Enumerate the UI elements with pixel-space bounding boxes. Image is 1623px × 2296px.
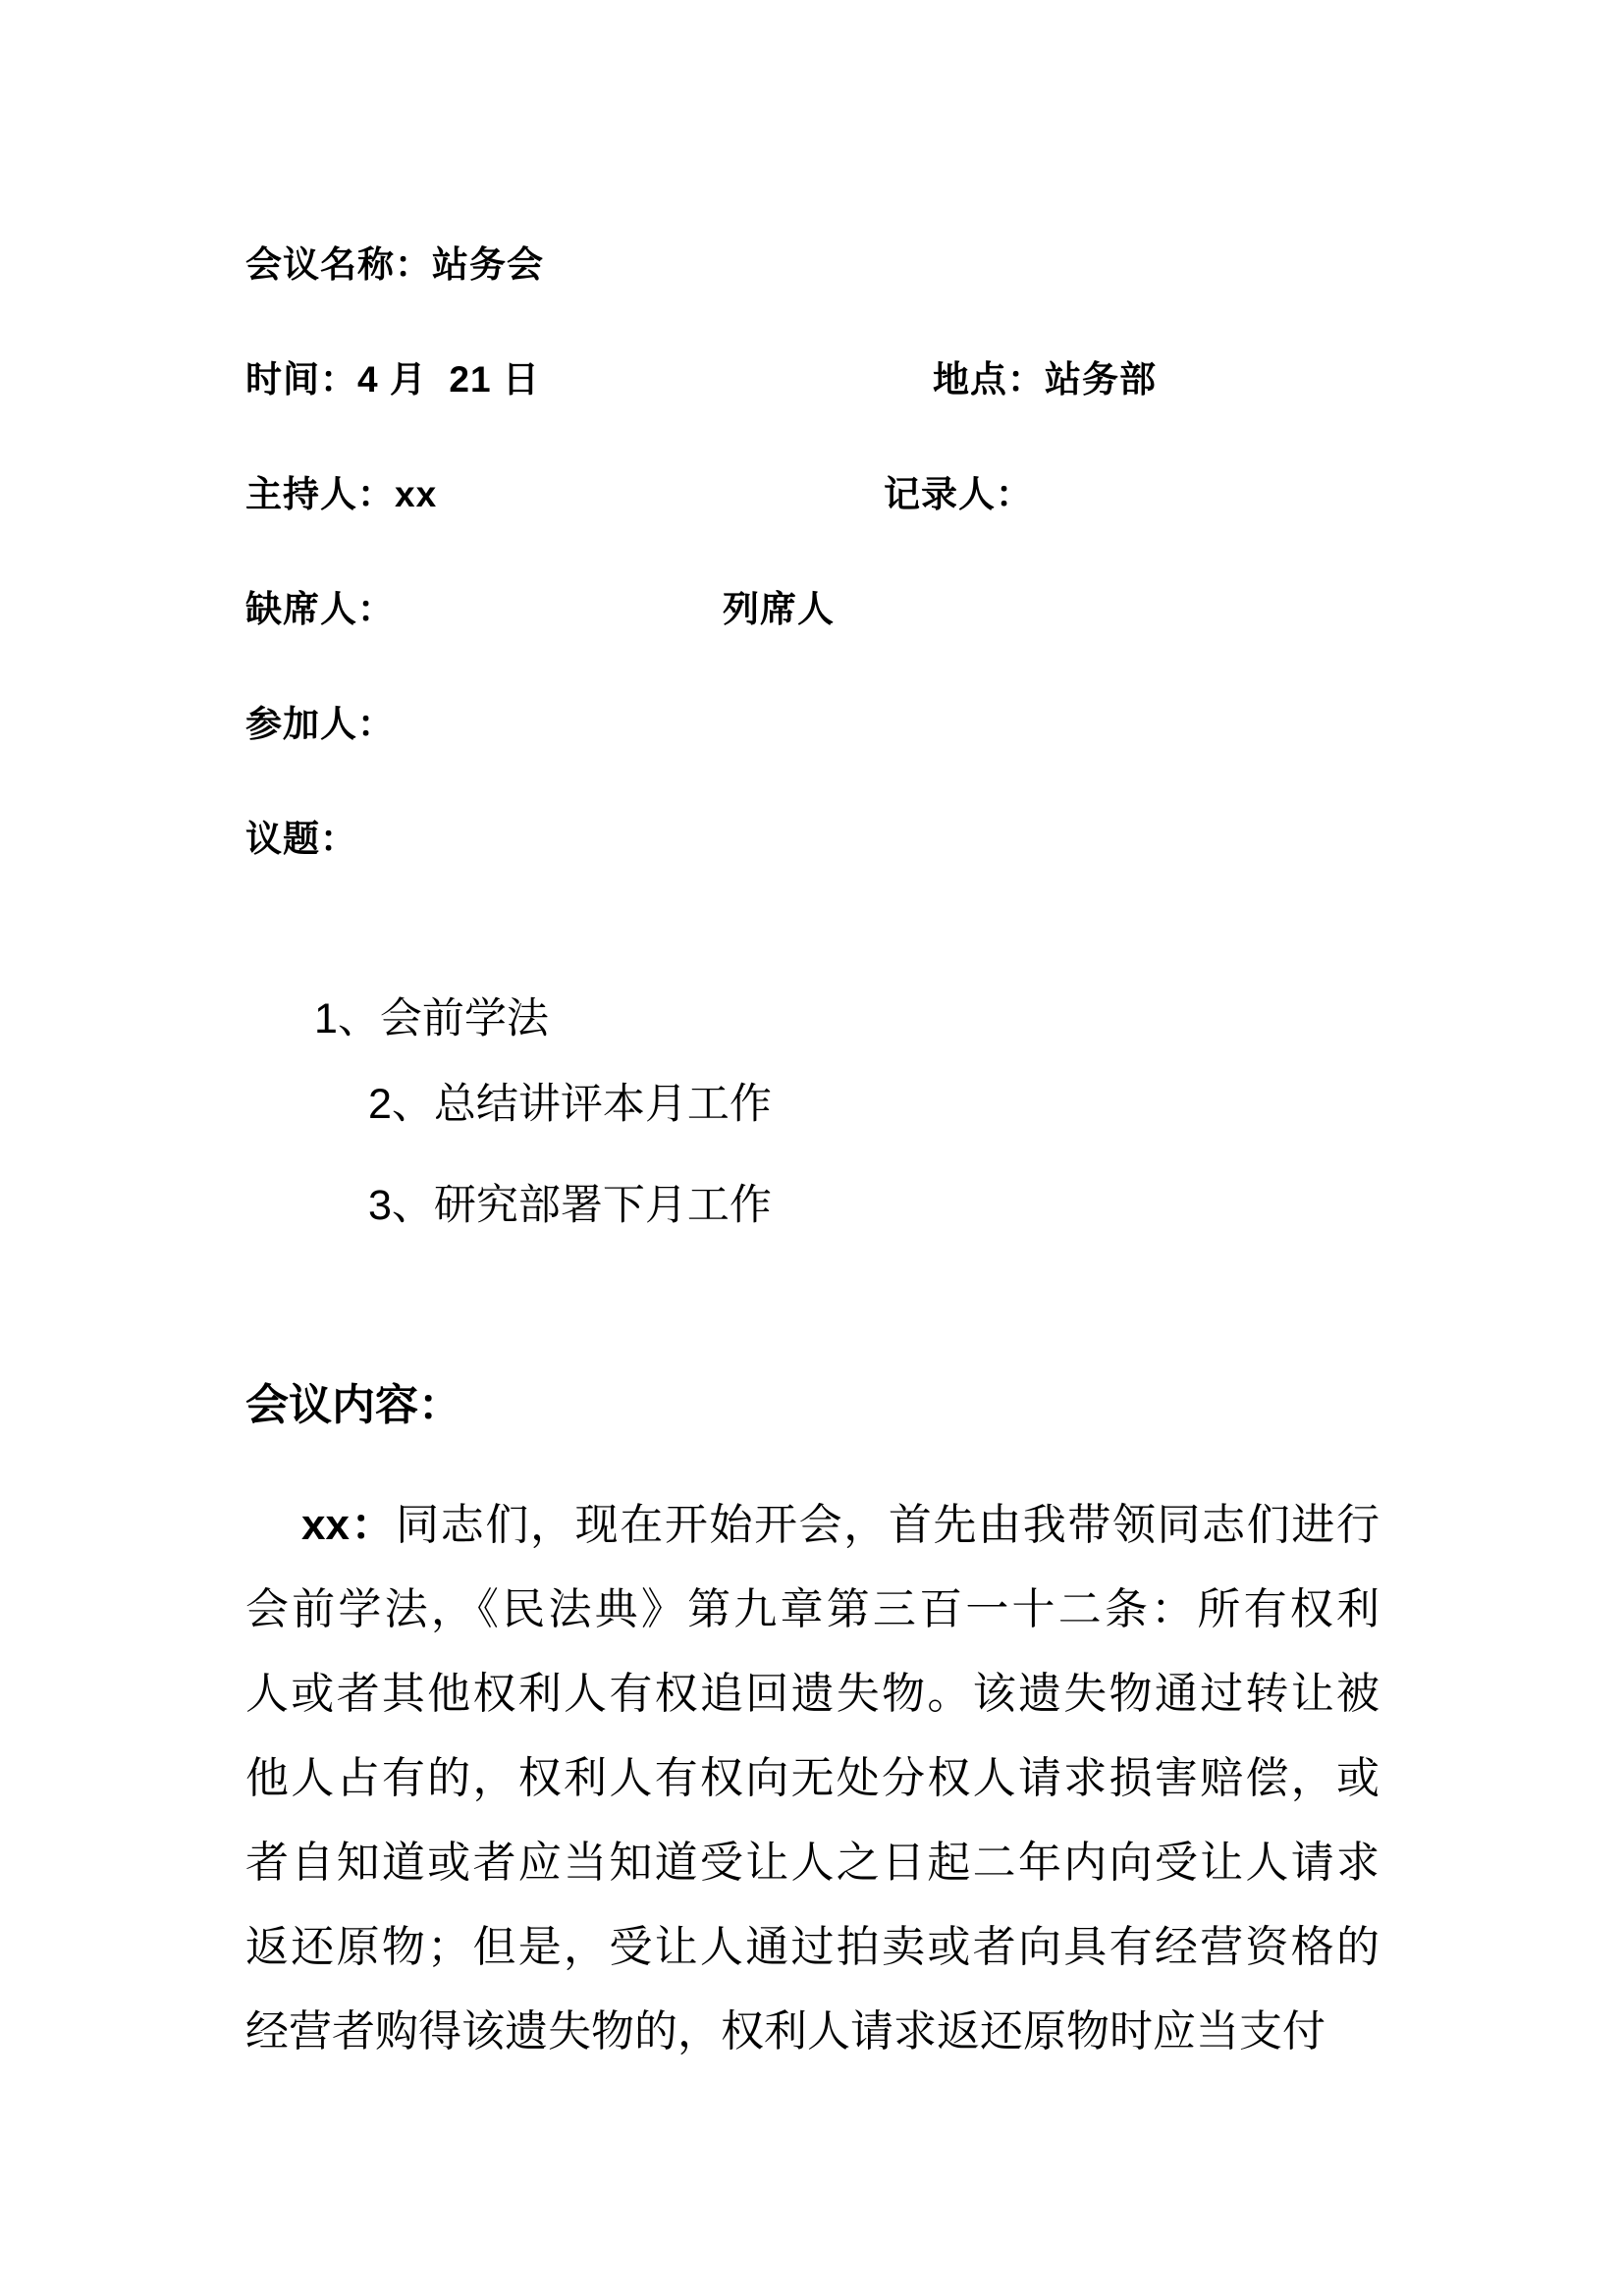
topics-label: 议题： (245, 819, 357, 859)
host-label: 主持人： (245, 474, 395, 514)
recorder-row: 记录人： (884, 473, 1033, 516)
paragraph-line: 会前学法，《民法典》第九章第三百一十二条：所有权利 (245, 1568, 1380, 1652)
paragraph-line: 者自知道或者应当知道受让人之日起二年内向受让人请求 (245, 1821, 1380, 1905)
speaker-prefix: xx： (301, 1501, 396, 1549)
meeting-name-row: 会议名称：站务会 (245, 243, 544, 287)
agenda-item: 3、研究部署下月工作 (368, 1181, 772, 1230)
observers-label: 列席人 (723, 589, 835, 629)
location-row: 地点：站务部 (933, 358, 1157, 401)
agenda-item: 1、会前学法 (314, 994, 549, 1043)
meeting-name-value: 站务会 (432, 244, 544, 285)
location-label: 地点： (933, 359, 1045, 400)
meeting-content-heading: 会议内容： (245, 1382, 461, 1429)
host-row: 主持人：xx (245, 473, 437, 516)
participants-row: 参加人： (245, 703, 395, 746)
meeting-content-paragraph: xx：同志们，现在开始开会，首先由我带领同志们进行 会前学法，《民法典》第九章第… (245, 1483, 1380, 2074)
paragraph-line-text: 同志们，现在开始开会，首先由我带领同志们进行 (396, 1501, 1380, 1549)
paragraph-line: 他人占有的，权利人有权向无处分权人请求损害赔偿，或 (245, 1736, 1380, 1821)
paragraph-line: 返还原物；但是，受让人通过拍卖或者向具有经营资格的 (245, 1905, 1380, 1990)
time-value: 4 月 21 日 (357, 359, 540, 400)
absent-row: 缺席人： (245, 588, 395, 631)
paragraph-line: 人或者其他权利人有权追回遗失物。该遗失物通过转让被 (245, 1652, 1380, 1736)
host-value: xx (395, 474, 437, 514)
meeting-minutes-document: 会议名称：站务会 时间：4 月 21 日 地点：站务部 主持人：xx 记录人： … (0, 0, 1623, 2296)
location-value: 站务部 (1045, 359, 1157, 400)
time-row: 时间：4 月 21 日 (245, 358, 540, 401)
topics-row: 议题： (245, 818, 357, 861)
paragraph-line: xx：同志们，现在开始开会，首先由我带领同志们进行 (245, 1483, 1380, 1568)
participants-label: 参加人： (245, 704, 395, 744)
recorder-label: 记录人： (884, 474, 1033, 514)
agenda-item: 2、总结讲评本月工作 (368, 1080, 772, 1129)
paragraph-line: 经营者购得该遗失物的，权利人请求返还原物时应当支付 (245, 1990, 1380, 2074)
meeting-name-label: 会议名称： (245, 244, 432, 285)
observers-row: 列席人 (723, 588, 835, 631)
absent-label: 缺席人： (245, 589, 395, 629)
time-label: 时间： (245, 359, 357, 400)
